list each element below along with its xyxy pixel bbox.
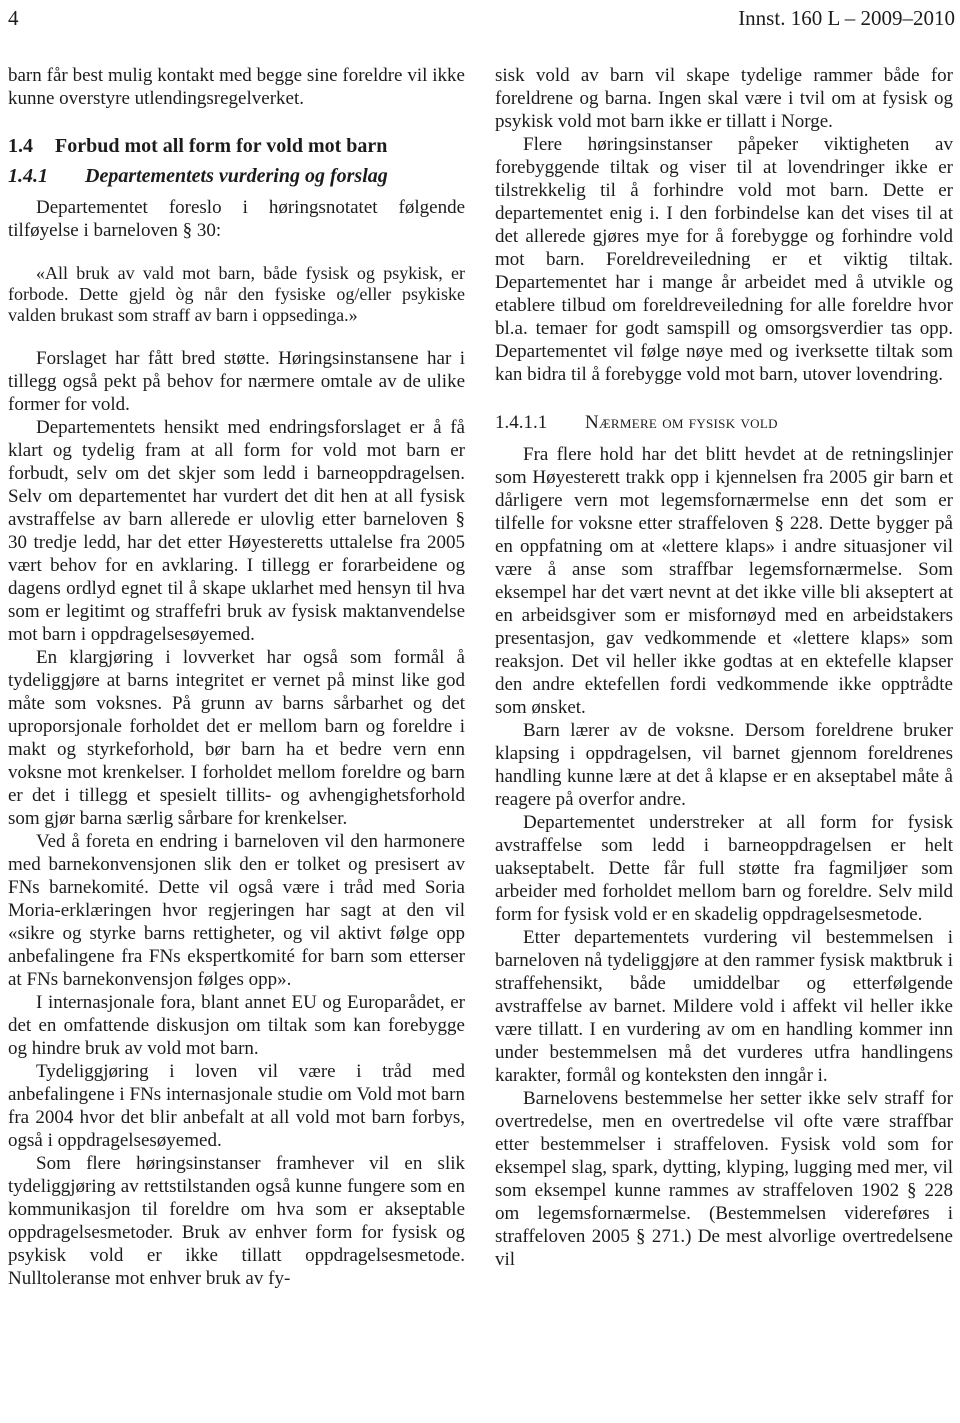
paragraph: Flere høringsinstanser påpeker viktighet… (495, 133, 953, 386)
paragraph: Som flere høringsinstanser framhever vil… (8, 1152, 465, 1290)
paragraph: Departementets hensikt med endringsforsl… (8, 416, 465, 646)
heading-number: 1.4.1.1 (495, 411, 585, 435)
paragraph: Fra flere hold har det blitt hevdet at d… (495, 443, 953, 719)
page-number: 4 (8, 6, 19, 30)
paragraph: Forslaget har fått bred støtte. Høringsi… (8, 347, 465, 416)
paragraph: sisk vold av barn vil skape tydelige ram… (495, 64, 953, 133)
document-page: 4 Innst. 160 L – 2009–2010 barn får best… (0, 0, 960, 1423)
paragraph: Departementet foreslo i høringsnotatet f… (8, 196, 465, 242)
heading-title: Departementets vurdering og forslag (85, 165, 388, 187)
paragraph: Ved å foreta en endring i barneloven vil… (8, 830, 465, 991)
column-right: sisk vold av barn vil skape tydelige ram… (495, 64, 953, 1423)
paragraph: Barnelovens bestemmelse her setter ikke … (495, 1087, 953, 1271)
heading-title: Nærmere om fysisk vold (585, 412, 778, 433)
paragraph: barn får best mulig kontakt med begge si… (8, 64, 465, 110)
paragraph: Etter departementets vurdering vil beste… (495, 926, 953, 1087)
paragraph: Departementet understreker at all form f… (495, 811, 953, 926)
column-left: barn får best mulig kontakt med begge si… (8, 64, 465, 1423)
paragraph: Tydeliggjøring i loven vil være i tråd m… (8, 1060, 465, 1152)
running-header: 4 Innst. 160 L – 2009–2010 (8, 6, 955, 30)
section-heading-1.4: 1.4Forbud mot all form for vold mot barn (8, 134, 465, 158)
section-heading-1.4.1: 1.4.1Departementets vurdering og forslag (8, 164, 465, 188)
section-heading-1.4.1.1: 1.4.1.1Nærmere om fysisk vold (495, 411, 953, 435)
heading-number: 1.4.1 (8, 164, 85, 188)
heading-number: 1.4 (8, 134, 55, 158)
document-title: Innst. 160 L – 2009–2010 (738, 6, 955, 30)
paragraph: Barn lærer av de voksne. Dersom foreldre… (495, 719, 953, 811)
paragraph: En klargjøring i lovverket har også som … (8, 646, 465, 830)
block-quote: «All bruk av vald mot barn, både fysisk … (8, 263, 465, 326)
paragraph: I internasjonale fora, blant annet EU og… (8, 991, 465, 1060)
heading-title: Forbud mot all form for vold mot barn (55, 135, 387, 157)
